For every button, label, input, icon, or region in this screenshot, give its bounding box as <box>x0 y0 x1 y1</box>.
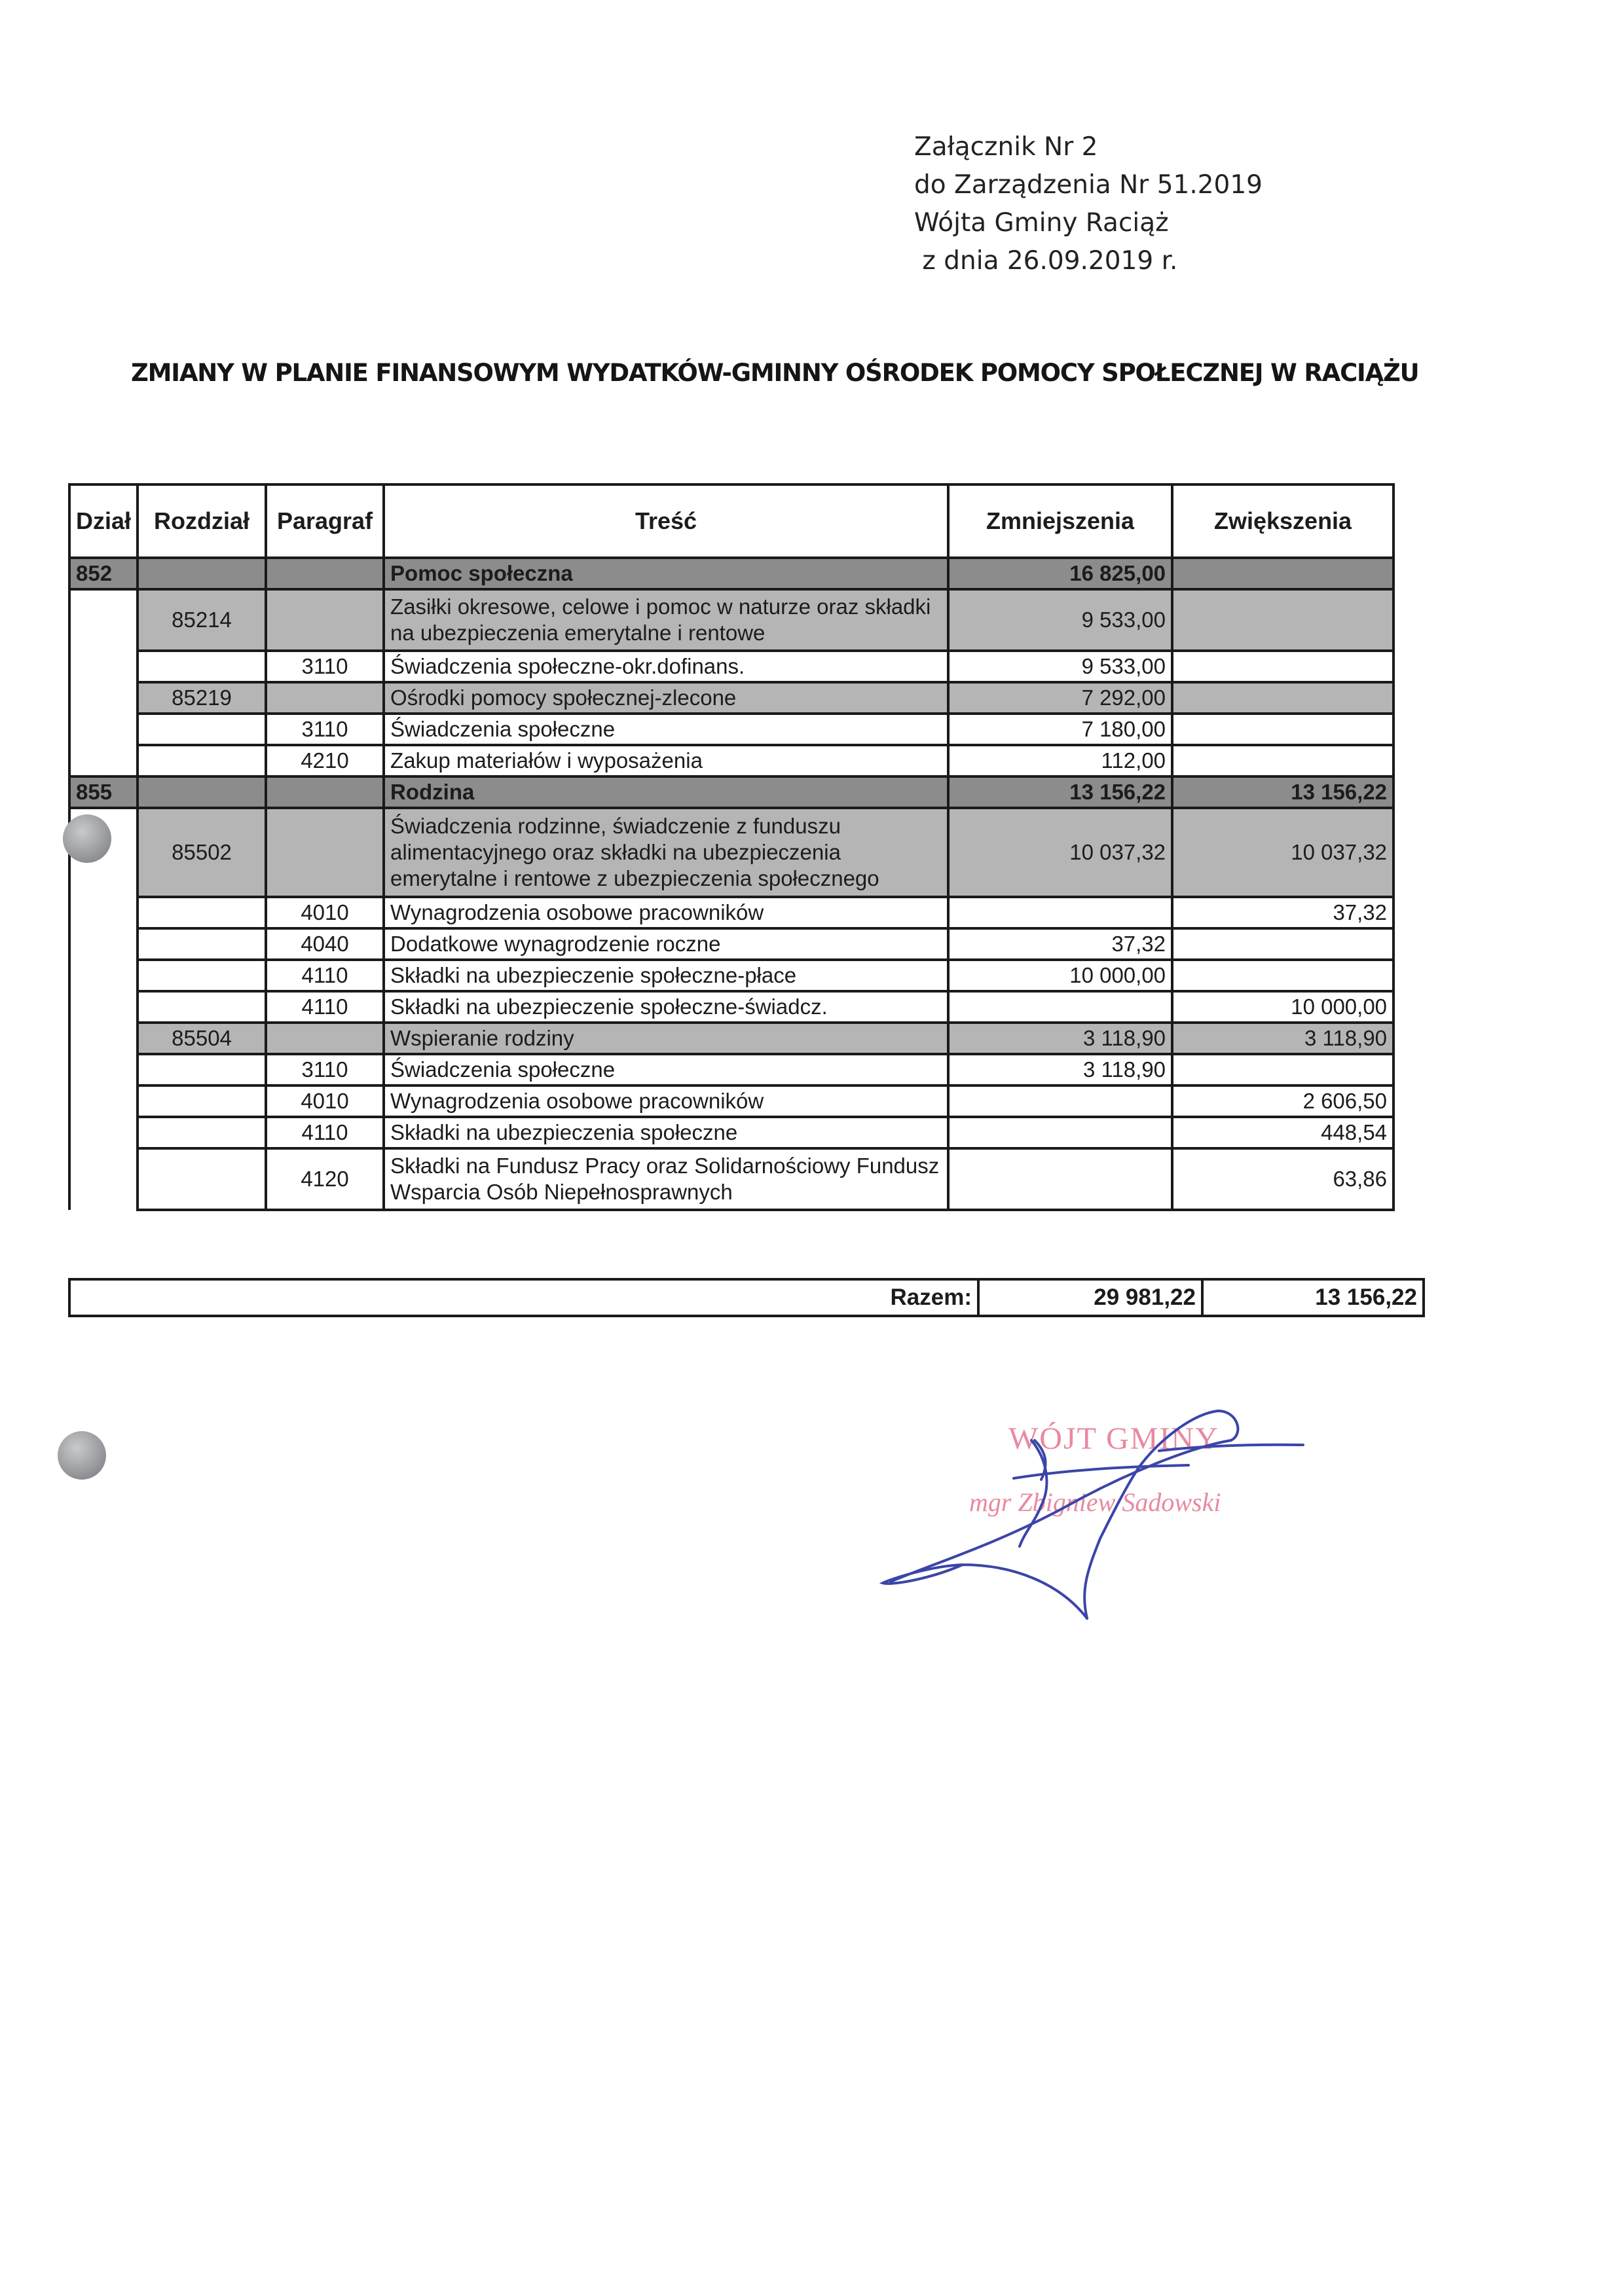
cell-rozdzial <box>138 714 266 745</box>
cell-paragraf: 4110 <box>266 960 384 991</box>
table-row: 4010Wynagrodzenia osobowe pracowników2 6… <box>69 1085 1393 1117</box>
table-row: 4120Składki na Fundusz Pracy oraz Solida… <box>69 1148 1393 1210</box>
cell-tresc: Rodzina <box>384 776 948 808</box>
cell-dzial <box>69 991 138 1023</box>
total-zmniejszenia: 29 981,22 <box>978 1279 1202 1316</box>
table-header-row: Dział Rozdział Paragraf Treść Zmniejszen… <box>69 484 1393 558</box>
cell-rozdzial <box>138 1117 266 1148</box>
cell-zwiekszenia: 13 156,22 <box>1172 776 1393 808</box>
cell-zwiekszenia <box>1172 1054 1393 1085</box>
cell-tresc: Zakup materiałów i wyposażenia <box>384 745 948 776</box>
cell-zwiekszenia: 448,54 <box>1172 1117 1393 1148</box>
cell-dzial <box>69 1054 138 1085</box>
cell-zmniejszenia <box>948 1117 1172 1148</box>
cell-dzial <box>69 1148 138 1210</box>
cell-paragraf: 4010 <box>266 897 384 928</box>
column-header-zmniejszenia: Zmniejszenia <box>948 484 1172 558</box>
cell-dzial <box>69 897 138 928</box>
cell-zmniejszenia: 3 118,90 <box>948 1023 1172 1054</box>
total-zwiekszenia: 13 156,22 <box>1202 1279 1424 1316</box>
cell-tresc: Składki na Fundusz Pracy oraz Solidarnoś… <box>384 1148 948 1210</box>
cell-zwiekszenia: 10 000,00 <box>1172 991 1393 1023</box>
cell-tresc: Dodatkowe wynagrodzenie roczne <box>384 928 948 960</box>
cell-dzial <box>69 589 138 651</box>
table-row: 3110Świadczenia społeczne3 118,90 <box>69 1054 1393 1085</box>
cell-rozdzial <box>138 991 266 1023</box>
cell-tresc: Świadczenia społeczne <box>384 714 948 745</box>
table-body: 852Pomoc społeczna16 825,0085214Zasiłki … <box>69 558 1393 1210</box>
cell-zmniejszenia: 7 292,00 <box>948 682 1172 714</box>
cell-rozdzial <box>138 960 266 991</box>
cell-zmniejszenia: 13 156,22 <box>948 776 1172 808</box>
cell-paragraf: 3110 <box>266 714 384 745</box>
financial-plan-table: Dział Rozdział Paragraf Treść Zmniejszen… <box>68 483 1395 1211</box>
cell-paragraf <box>266 682 384 714</box>
cell-rozdzial: 85214 <box>138 589 266 651</box>
cell-rozdzial: 85502 <box>138 808 266 897</box>
table-row: 85219Ośrodki pomocy społecznej-zlecone7 … <box>69 682 1393 714</box>
cell-paragraf: 4040 <box>266 928 384 960</box>
table-row: 4110Składki na ubezpieczenia społeczne44… <box>69 1117 1393 1148</box>
table-row: 852Pomoc społeczna16 825,00 <box>69 558 1393 589</box>
table-row: 85214Zasiłki okresowe, celowe i pomoc w … <box>69 589 1393 651</box>
cell-tresc: Świadczenia społeczne <box>384 1054 948 1085</box>
cell-rozdzial <box>138 1085 266 1117</box>
cell-rozdzial: 85219 <box>138 682 266 714</box>
table-row: 4110Składki na ubezpieczenie społeczne-p… <box>69 960 1393 991</box>
cell-tresc: Wynagrodzenia osobowe pracowników <box>384 897 948 928</box>
cell-tresc: Składki na ubezpieczenie społeczne-płace <box>384 960 948 991</box>
cell-rozdzial <box>138 558 266 589</box>
cell-zmniejszenia <box>948 991 1172 1023</box>
cell-zmniejszenia: 10 037,32 <box>948 808 1172 897</box>
cell-zmniejszenia: 10 000,00 <box>948 960 1172 991</box>
cell-tresc: Pomoc społeczna <box>384 558 948 589</box>
cell-tresc: Składki na ubezpieczenia społeczne <box>384 1117 948 1148</box>
cell-zwiekszenia <box>1172 558 1393 589</box>
cell-dzial <box>69 960 138 991</box>
cell-zwiekszenia <box>1172 960 1393 991</box>
cell-zmniejszenia: 112,00 <box>948 745 1172 776</box>
cell-zmniejszenia: 7 180,00 <box>948 714 1172 745</box>
cell-tresc: Wspieranie rodziny <box>384 1023 948 1054</box>
cell-rozdzial <box>138 1054 266 1085</box>
cell-paragraf <box>266 808 384 897</box>
cell-dzial <box>69 714 138 745</box>
cell-dzial <box>69 1117 138 1148</box>
handwritten-signature <box>851 1375 1349 1650</box>
cell-paragraf <box>266 558 384 589</box>
cell-zmniejszenia: 3 118,90 <box>948 1054 1172 1085</box>
cell-zwiekszenia <box>1172 682 1393 714</box>
cell-rozdzial <box>138 776 266 808</box>
cell-rozdzial: 85504 <box>138 1023 266 1054</box>
attachment-line: Wójta Gminy Raciąż <box>914 204 1263 242</box>
table-row: 3110Świadczenia społeczne-okr.dofinans.9… <box>69 651 1393 682</box>
column-header-dzial: Dział <box>69 484 138 558</box>
column-header-tresc: Treść <box>384 484 948 558</box>
table-row: 4210Zakup materiałów i wyposażenia112,00 <box>69 745 1393 776</box>
cell-zmniejszenia <box>948 897 1172 928</box>
cell-tresc: Składki na ubezpieczenie społeczne-świad… <box>384 991 948 1023</box>
cell-rozdzial <box>138 1148 266 1210</box>
cell-zmniejszenia: 16 825,00 <box>948 558 1172 589</box>
table-row: 85504Wspieranie rodziny3 118,903 118,90 <box>69 1023 1393 1054</box>
column-header-rozdzial: Rozdział <box>138 484 266 558</box>
attachment-line: z dnia 26.09.2019 r. <box>914 242 1263 280</box>
cell-tresc: Ośrodki pomocy społecznej-zlecone <box>384 682 948 714</box>
cell-zwiekszenia: 37,32 <box>1172 897 1393 928</box>
cell-dzial: 852 <box>69 558 138 589</box>
cell-paragraf: 4120 <box>266 1148 384 1210</box>
column-header-paragraf: Paragraf <box>266 484 384 558</box>
table-row: 4010Wynagrodzenia osobowe pracowników37,… <box>69 897 1393 928</box>
cell-paragraf <box>266 776 384 808</box>
cell-zwiekszenia <box>1172 928 1393 960</box>
punch-hole <box>58 1431 106 1480</box>
cell-zwiekszenia: 2 606,50 <box>1172 1085 1393 1117</box>
cell-dzial <box>69 1085 138 1117</box>
attachment-line: do Zarządzenia Nr 51.2019 <box>914 166 1263 204</box>
cell-tresc: Świadczenia rodzinne, świadczenie z fund… <box>384 808 948 897</box>
cell-paragraf: 3110 <box>266 651 384 682</box>
cell-zwiekszenia: 3 118,90 <box>1172 1023 1393 1054</box>
attachment-line: Załącznik Nr 2 <box>914 128 1263 166</box>
document-title: ZMIANY W PLANIE FINANSOWYM WYDATKÓW-GMIN… <box>131 359 1414 387</box>
table-row: 855Rodzina13 156,2213 156,22 <box>69 776 1393 808</box>
cell-rozdzial <box>138 745 266 776</box>
cell-tresc: Świadczenia społeczne-okr.dofinans. <box>384 651 948 682</box>
cell-paragraf <box>266 589 384 651</box>
cell-tresc: Zasiłki okresowe, celowe i pomoc w natur… <box>384 589 948 651</box>
total-table: Razem: 29 981,22 13 156,22 <box>68 1278 1425 1317</box>
cell-zwiekszenia <box>1172 589 1393 651</box>
cell-zmniejszenia: 37,32 <box>948 928 1172 960</box>
cell-dzial <box>69 1023 138 1054</box>
cell-paragraf <box>266 1023 384 1054</box>
cell-dzial <box>69 745 138 776</box>
cell-rozdzial <box>138 651 266 682</box>
attachment-header: Załącznik Nr 2 do Zarządzenia Nr 51.2019… <box>914 128 1263 280</box>
table-row: 4040Dodatkowe wynagrodzenie roczne37,32 <box>69 928 1393 960</box>
cell-paragraf: 4110 <box>266 991 384 1023</box>
cell-zwiekszenia <box>1172 745 1393 776</box>
cell-zwiekszenia <box>1172 651 1393 682</box>
punch-hole <box>63 814 111 863</box>
cell-paragraf: 4010 <box>266 1085 384 1117</box>
total-label: Razem: <box>69 1279 978 1316</box>
cell-dzial <box>69 928 138 960</box>
cell-dzial: 855 <box>69 776 138 808</box>
cell-dzial <box>69 682 138 714</box>
total-row: Razem: 29 981,22 13 156,22 <box>69 1279 1424 1316</box>
cell-paragraf: 4110 <box>266 1117 384 1148</box>
cell-zmniejszenia: 9 533,00 <box>948 589 1172 651</box>
cell-dzial <box>69 651 138 682</box>
table-row: 3110Świadczenia społeczne7 180,00 <box>69 714 1393 745</box>
table-row: 85502Świadczenia rodzinne, świadczenie z… <box>69 808 1393 897</box>
cell-zmniejszenia <box>948 1148 1172 1210</box>
cell-tresc: Wynagrodzenia osobowe pracowników <box>384 1085 948 1117</box>
cell-zwiekszenia <box>1172 714 1393 745</box>
table-row: 4110Składki na ubezpieczenie społeczne-ś… <box>69 991 1393 1023</box>
cell-paragraf: 3110 <box>266 1054 384 1085</box>
cell-zwiekszenia: 10 037,32 <box>1172 808 1393 897</box>
cell-rozdzial <box>138 897 266 928</box>
cell-zmniejszenia: 9 533,00 <box>948 651 1172 682</box>
cell-rozdzial <box>138 928 266 960</box>
cell-zwiekszenia: 63,86 <box>1172 1148 1393 1210</box>
column-header-zwiekszenia: Zwiększenia <box>1172 484 1393 558</box>
cell-zmniejszenia <box>948 1085 1172 1117</box>
cell-paragraf: 4210 <box>266 745 384 776</box>
